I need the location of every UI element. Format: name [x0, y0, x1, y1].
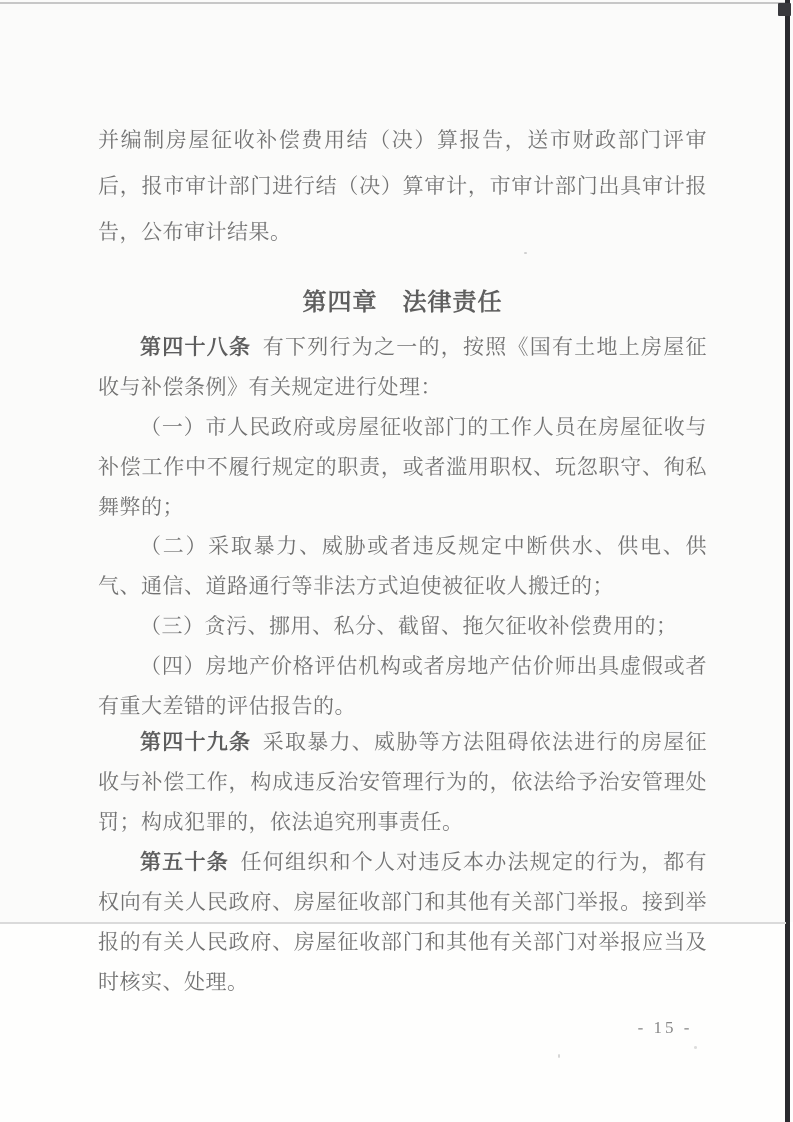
article-48-item-3: （三）贪污、挪用、私分、截留、拖欠征收补偿费用的； — [98, 606, 707, 646]
article-50-paragraph: 第五十条任何组织和个人对违反本办法规定的行为，都有权向有关人民政府、房屋征收部门… — [98, 842, 707, 1002]
article-48-paragraph: 第四十八条有下列行为之一的，按照《国有土地上房屋征收与补偿条例》有关规定进行处理… — [98, 327, 707, 407]
article-48-number: 第四十八条 — [140, 335, 251, 359]
page-number: - 15 - — [600, 1018, 730, 1038]
scan-speck — [694, 1046, 697, 1049]
article-50-number: 第五十条 — [140, 850, 229, 874]
article-49-paragraph: 第四十九条采取暴力、威胁等方法阻碍依法进行的房屋征收与补偿工作，构成违反治安管理… — [98, 722, 707, 842]
article-48-item-2: （二）采取暴力、威胁或者违反规定中断供水、供电、供气、通信、道路通行等非法方式迫… — [98, 526, 707, 606]
article-48-item-1: （一）市人民政府或房屋征收部门的工作人员在房屋征收与补偿工作中不履行规定的职责，… — [98, 407, 707, 527]
continuation-paragraph: 并编制房屋征收补偿费用结（决）算报告，送市财政部门评审后，报市审计部门进行结（决… — [98, 117, 707, 255]
article-48-item-4: （四）房地产价格评估机构或者房地产估价师出具虚假或者有重大差错的评估报告的。 — [98, 646, 707, 726]
scan-edge-right-line — [785, 0, 790, 1122]
chapter-heading: 第四章 法律责任 — [98, 288, 707, 318]
scan-speck — [558, 1054, 560, 1058]
scan-edge-top-line — [0, 2, 789, 4]
scanned-document-page: 并编制房屋征收补偿费用结（决）算报告，送市财政部门评审后，报市审计部门进行结（决… — [0, 0, 793, 1122]
article-49-number: 第四十九条 — [140, 730, 251, 754]
scan-corner-artifact — [778, 3, 791, 16]
